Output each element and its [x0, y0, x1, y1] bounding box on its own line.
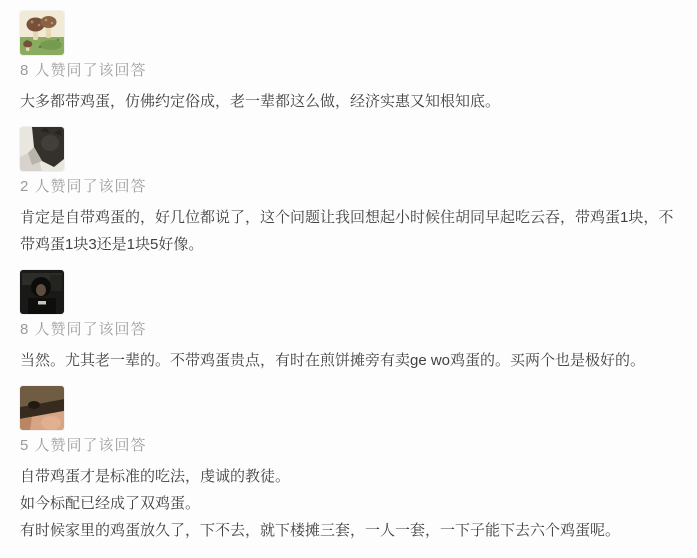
answer-paragraph: 肯定是自带鸡蛋的，好几位都说了，这个问题让我回想起小时候住胡同早起吃云吞，带鸡蛋… [20, 204, 676, 258]
answer-text: 自带鸡蛋才是标准的吃法，虔诚的教徒。 如今标配已经成了双鸡蛋。 有时候家里的鸡蛋… [20, 463, 676, 544]
dim-portrait-photo-icon [20, 270, 64, 314]
answer-text: 大多都带鸡蛋，仿佛约定俗成，老一辈都这么做，经济实惠又知根知底。 [20, 88, 676, 115]
answer-item-4: 5 人赞同了该回答 自带鸡蛋才是标准的吃法，虔诚的教徒。 如今标配已经成了双鸡蛋… [20, 386, 677, 544]
user-avatar[interactable] [20, 11, 64, 55]
upvote-count-label: 8 人赞同了该回答 [20, 321, 677, 338]
answer-item-3: 8 人赞同了该回答 当然。尤其老一辈的。不带鸡蛋贵点，有时在煎饼摊旁有卖ge w… [20, 270, 677, 374]
user-avatar[interactable] [20, 127, 64, 171]
answer-item-1: 8 人赞同了该回答 大多都带鸡蛋，仿佛约定俗成，老一辈都这么做，经济实惠又知根知… [20, 11, 677, 115]
black-cat-photo-icon [20, 127, 64, 171]
answer-item-2: 2 人赞同了该回答 肯定是自带鸡蛋的，好几位都说了，这个问题让我回想起小时候住胡… [20, 127, 677, 258]
upvote-count-label: 2 人赞同了该回答 [20, 178, 677, 195]
mushroom-garden-illustration-icon [20, 11, 64, 55]
answer-text: 肯定是自带鸡蛋的，好几位都说了，这个问题让我回想起小时候住胡同早起吃云吞，带鸡蛋… [20, 204, 676, 258]
answer-paragraph: 有时候家里的鸡蛋放久了，下不去，就下楼摊三套，一人一套，一下子能下去六个鸡蛋呢。 [20, 517, 676, 544]
answer-paragraph: 自带鸡蛋才是标准的吃法，虔诚的教徒。 [20, 463, 676, 490]
answer-paragraph: 当然。尤其老一辈的。不带鸡蛋贵点，有时在煎饼摊旁有卖ge wo鸡蛋的。买两个也是… [20, 347, 676, 374]
answer-paragraph: 如今标配已经成了双鸡蛋。 [20, 490, 676, 517]
answer-text: 当然。尤其老一辈的。不带鸡蛋贵点，有时在煎饼摊旁有卖ge wo鸡蛋的。买两个也是… [20, 347, 676, 374]
user-avatar[interactable] [20, 270, 64, 314]
answers-feed: 8 人赞同了该回答 大多都带鸡蛋，仿佛约定俗成，老一辈都这么做，经济实惠又知根知… [0, 0, 697, 544]
upvote-count-label: 5 人赞同了该回答 [20, 437, 677, 454]
answer-paragraph: 大多都带鸡蛋，仿佛约定俗成，老一辈都这么做，经济实惠又知根知底。 [20, 88, 676, 115]
user-avatar[interactable] [20, 386, 64, 430]
closeup-face-cap-photo-icon [20, 386, 64, 430]
upvote-count-label: 8 人赞同了该回答 [20, 62, 677, 79]
